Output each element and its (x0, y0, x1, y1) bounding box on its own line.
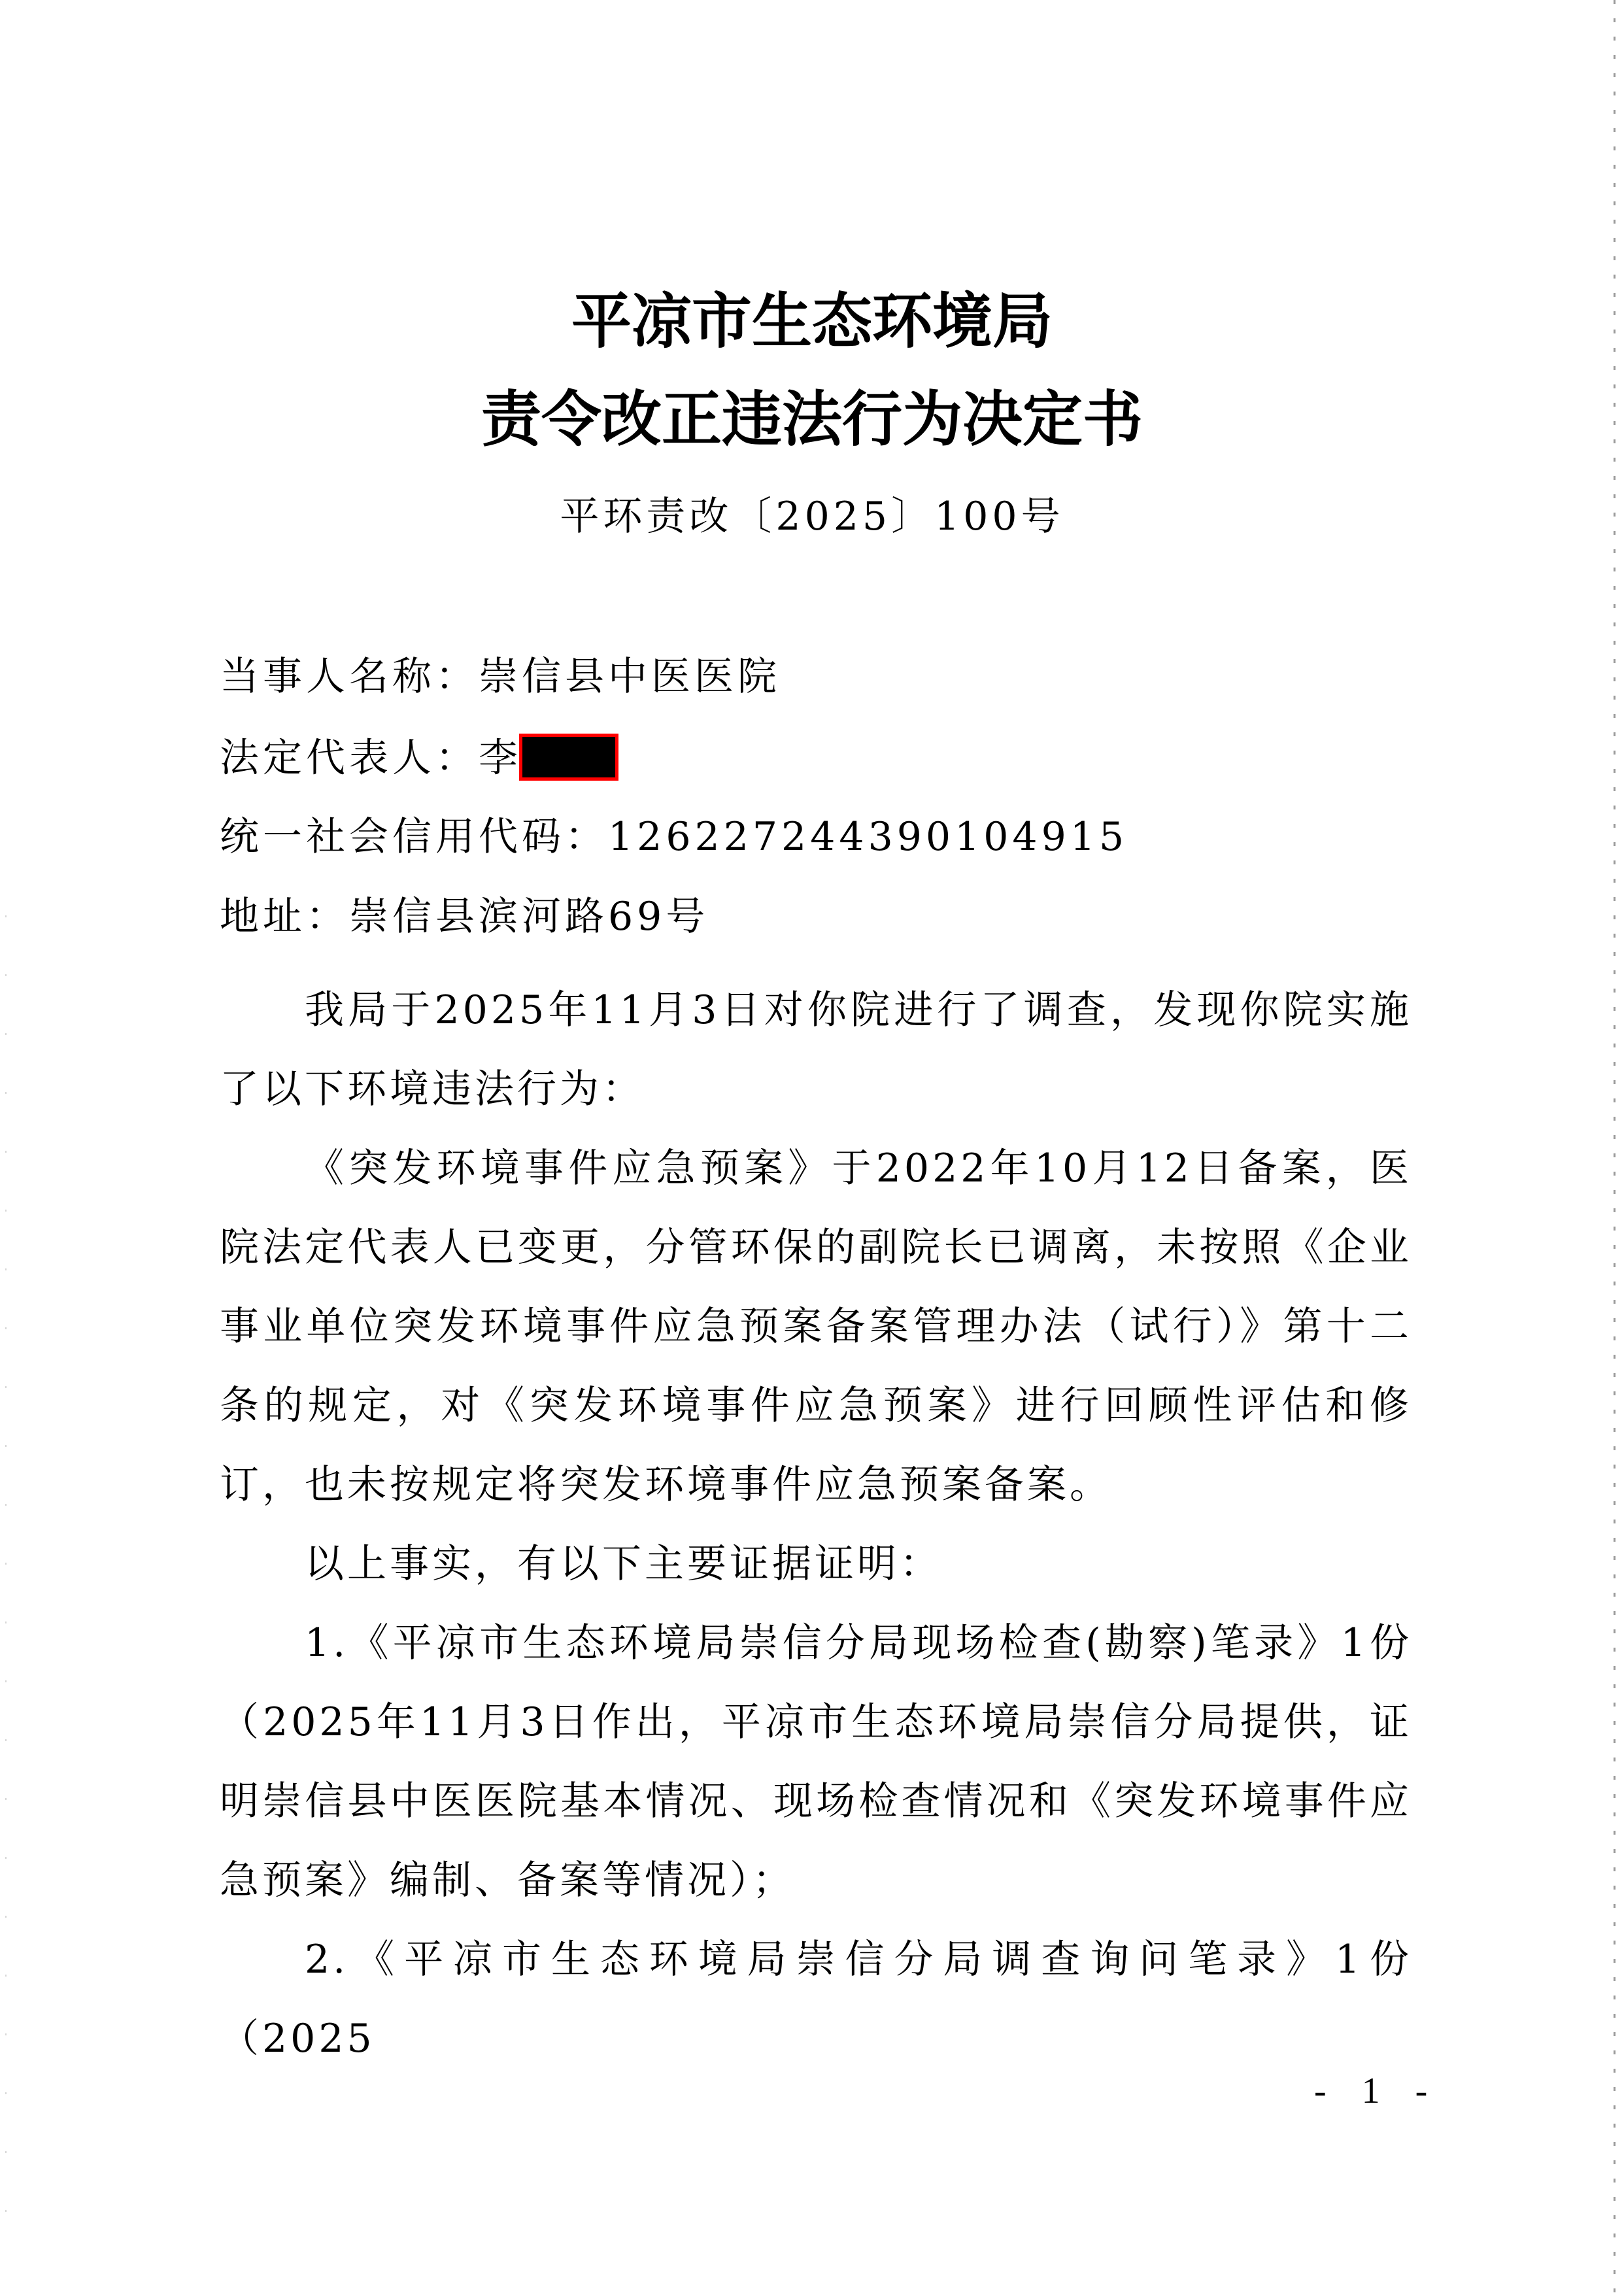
credit-code-field: 统一社会信用代码：126227244390104915 (220, 817, 1128, 857)
investigation-paragraph: 我局于2025年11月3日对你院进行了调查，发现你院实施了以下环境违法行为： (220, 971, 1412, 1129)
legal-rep-label: 法定代表人： (220, 736, 479, 781)
violation-paragraph: 《突发环境事件应急预案》于2022年10月12日备案，医院法定代表人已变更，分管… (220, 1129, 1412, 1525)
credit-code-value: 126227244390104915 (608, 814, 1128, 860)
legal-representative-field: 法定代表人：李 (220, 738, 618, 785)
scan-edge-artifact (1614, 0, 1616, 2293)
document-type-title: 责令改正违法行为决定书 (0, 389, 1624, 449)
redaction-box (519, 734, 618, 781)
document-page: 平凉市生态环境局 责令改正违法行为决定书 平环责改〔2025〕100号 当事人名… (0, 0, 1624, 2293)
party-name-field: 当事人名称：崇信县中医医院 (220, 657, 781, 696)
legal-rep-value: 李 (479, 736, 522, 781)
address-label: 地址： (220, 894, 349, 940)
party-name-label: 当事人名称： (220, 654, 479, 700)
document-number: 平环责改〔2025〕100号 (0, 497, 1624, 536)
evidence-item-2: 2.《平凉市生态环境局崇信分局调查询问笔录》1份（2025 (220, 1920, 1412, 2079)
decision-body: 我局于2025年11月3日对你院进行了调查，发现你院实施了以下环境违法行为： 《… (220, 971, 1412, 2079)
address-field: 地址：崇信县滨河路69号 (220, 897, 709, 936)
evidence-intro-paragraph: 以上事实，有以下主要证据证明： (220, 1525, 1412, 1604)
page-number: - 1 - (1314, 2073, 1440, 2109)
credit-code-label: 统一社会信用代码： (220, 814, 608, 860)
scan-edge-artifact-left (5, 915, 7, 2223)
issuing-authority-title: 平凉市生态环境局 (0, 291, 1624, 351)
evidence-item-1: 1.《平凉市生态环境局崇信分局现场检查(勘察)笔录》1份（2025年11月3日作… (220, 1604, 1412, 1920)
party-name-value: 崇信县中医医院 (479, 654, 781, 700)
address-value: 崇信县滨河路69号 (349, 894, 709, 940)
